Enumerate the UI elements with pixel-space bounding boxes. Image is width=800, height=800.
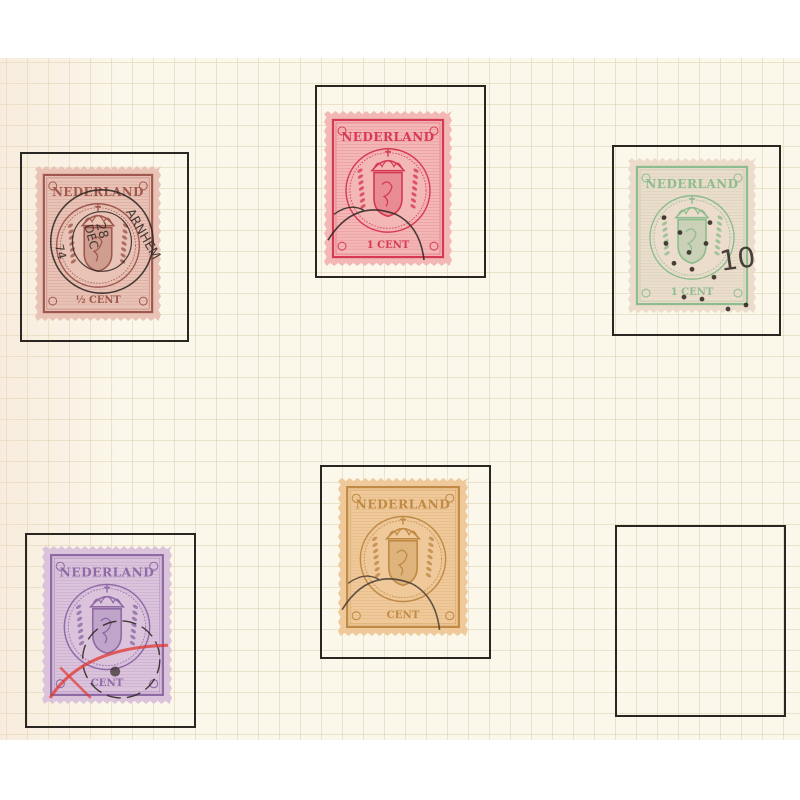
svg-text:10: 10 <box>718 240 756 278</box>
stamp-country-text: NEDERLAND <box>341 130 434 144</box>
stamp-denomination-text: CENT <box>387 609 420 621</box>
stamp-denomination-text: CENT <box>91 677 124 689</box>
stamp-denomination-text: ½ CENT <box>75 295 121 306</box>
stamp-ochre[interactable]: NEDERLANDCENT <box>338 478 468 636</box>
mount-box-6-empty[interactable] <box>615 525 786 717</box>
stamp-denomination-text: 1 CENT <box>367 240 410 251</box>
stamp-design: NEDERLANDCENT <box>42 546 172 704</box>
stamp-violet[interactable]: NEDERLANDCENT <box>42 546 172 704</box>
stamp-country-text: NEDERLAND <box>356 497 451 511</box>
stamp-green-one-cent[interactable]: NEDERLAND1 CENT10 <box>628 158 756 313</box>
stamp-red-one-cent[interactable]: NEDERLAND1 CENT <box>324 111 452 266</box>
album-page: NEDERLAND½ CENTARNHEM28DEC74 NEDERLAND1 … <box>0 58 800 740</box>
stamp-design: NEDERLAND½ CENTARNHEM28DEC74 <box>35 166 161 321</box>
stamp-denomination-text: 1 CENT <box>671 287 714 298</box>
stamp-country-text: NEDERLAND <box>645 177 738 191</box>
stamp-country-text: NEDERLAND <box>52 185 144 199</box>
stamp-design: NEDERLANDCENT <box>338 478 468 636</box>
stamp-country-text: NEDERLAND <box>60 565 155 579</box>
stamp-brown-half-cent[interactable]: NEDERLAND½ CENTARNHEM28DEC74 <box>35 166 161 321</box>
stamp-design: NEDERLAND1 CENT <box>324 111 452 266</box>
stamp-design: NEDERLAND1 CENT10 <box>628 158 756 313</box>
